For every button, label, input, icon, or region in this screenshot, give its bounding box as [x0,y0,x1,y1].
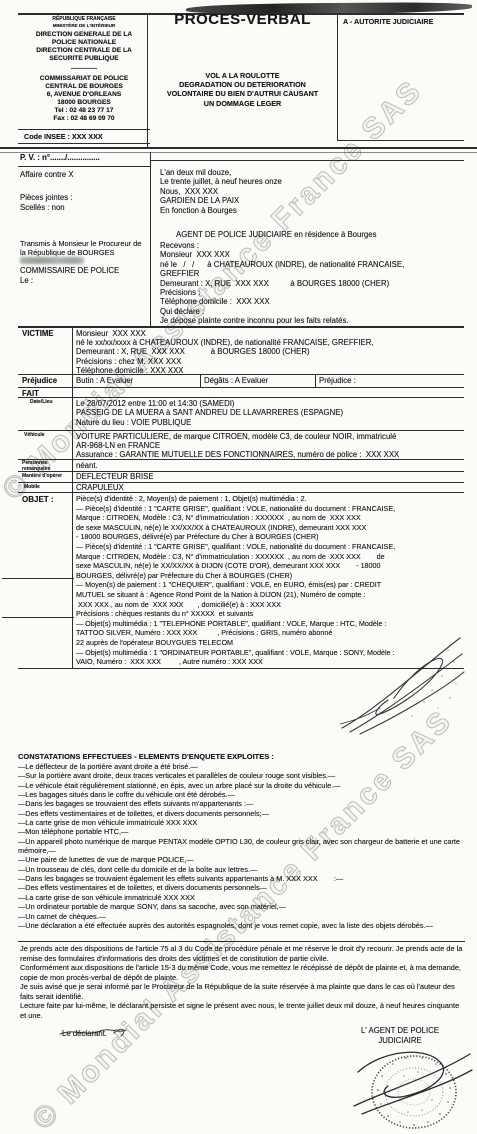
text-line: — Pièce(s) d'identité : 1 "CARTE GRISE",… [76,504,464,514]
text-line: — Moyen(s) de paiement : 1 "CHEQUIER", q… [76,580,464,590]
text-line: de sexe MASCULIN, né(e) le XX/XX/XX à CH… [76,523,464,533]
agent-residence-line: AGENT DE POLICE JUDICIAIRE en résidence … [176,230,377,239]
text-line: —Dans les bagages se trouvaient égalemen… [18,874,466,883]
text-line: Fax : 02 48 69 09 70 [22,115,146,123]
header-divider-dash: ———— [22,64,146,73]
constatations-title: CONSTATATIONS EFFECTUEES - ELEMENTS D'EN… [18,752,274,761]
text-line: —Un carnet de chèques.— [18,912,466,921]
text-line: néant. [76,461,464,470]
text-line: GREFFIER [160,269,462,278]
text-line: —Les bagages situés dans le coffre du vé… [18,790,466,799]
code-insee-top-border [18,129,150,130]
text-line: Lecture faite par lui-même, le déclarant… [20,1001,466,1020]
prejudice-cell: Préjudice : [319,376,356,385]
affaire-contre: Affaire contre X [20,170,74,179]
text-line: UN DOMMAGE LEGER [147,99,338,108]
declaration-lines: Recevons :Monsieur XXX XXXné le / / à CH… [160,241,462,326]
pv-number: P. V. : n°......./............... [20,153,100,162]
text-line: DEFLECTEUR BRISE [76,472,464,481]
text-line: En fonction à Bourges [160,206,460,215]
text-line: Conformément aux dispositions de l'artic… [20,963,466,982]
text-line: Transmis à Monsieur le Procureur de [20,239,148,248]
mobile-lines: CRAPULEUX [76,483,464,492]
text-line: Précisions : chèques restants du n° XXXX… [76,609,464,619]
text-line: VOLONTAIRE DU BIEN D'AUTRUI CAUSANT [147,89,338,98]
text-line: COMMISSARIAT DE POLICE [22,75,146,83]
closing-lines: Je prends acte des dispositions de l'art… [20,944,466,1020]
text-line: —La carte grise de mon véhicule immatric… [18,818,466,827]
scelles: Scellés : non [20,203,65,212]
report-title: PROCES-VERBAL [147,15,338,24]
text-line: Nous, XXX XXX [160,187,460,196]
text-line: L'an deux mil douze, [160,168,460,177]
text-line: Demeurant : X, RUE XXX XXX à BOURGES 180… [160,279,462,288]
vehicule-lines: VOITURE PARTICULIERE, de marque CITROEN,… [76,432,464,460]
victime-lines: Monsieur XXX XXXné le xx/xx/xxxx à CHATE… [76,329,464,376]
prejudice-label: Préjudice [22,376,57,385]
text-line: —Une déclaration a été effectuée auprès … [18,921,466,930]
text-line: —Dans les bagages se trouvaient des effe… [18,799,466,808]
text-line: VOL A LA ROULOTTE [147,71,338,80]
text-line: sexe MASCULIN, né(e) le XX/XX/XX à DIJON… [76,561,464,571]
official-stamp [348,1046,474,1134]
row-border [18,397,464,398]
closing-top-border [18,941,465,942]
text-line: Précisions : chez M. XXX XXX [76,357,464,366]
republique-line: RÉPUBLIQUE FRANÇAISE [22,16,146,22]
text-line: —Des effets vestimentaires et de toilett… [18,883,466,892]
personnes-lines: néant. [76,461,464,470]
authority-label: A - AUTORITE JUDICIAIRE [343,17,433,26]
text-line: DEGRADATION OU DETERIORATION [147,80,338,89]
text-line: Recevons : [160,241,462,250]
text-line: - 18000 BOURGES, délivré(e) par Préfectu… [76,532,464,542]
mobile-label: Mobile [24,485,64,491]
text-line: —Une paire de lunettes de vue de marque … [18,855,466,864]
text-line: Qui déclare : [160,307,462,316]
text-line: Téléphone domicile : XXX XXX [160,297,462,306]
text-line: CRAPULEUX [76,483,464,492]
text-line: né le / / à CHATEAUROUX (INDRE), de nati… [160,260,462,269]
objet-label: OBJET : [22,495,54,504]
text-line: —Un trousseau de clés, dont celle du dom… [18,865,466,874]
declarant-strike-scribble [56,1024,132,1040]
transmis-lines: Transmis à Monsieur le Procureur dela Ré… [20,239,148,257]
text-line: —Le véhicule était régulièrement station… [18,781,466,790]
text-line: POLICE NATIONALE [22,39,146,47]
pieces-jointes: Pièces jointes : [20,193,72,202]
text-line: Marque : CITROEN, Modèle : C3, N° d'imma… [76,513,464,523]
le-label: Le : [20,276,33,285]
pv-band-right-border [150,160,464,161]
intro-lines: L'an deux mil douze,Le trente juillet, à… [160,168,460,215]
butin-cell: Butin : A Evaluer [76,376,133,385]
text-line: GARDIEN DE LA PAIX [160,196,460,205]
direction-lines: DIRECTION GENERALE DE LAPOLICE NATIONALE… [22,31,146,63]
ministere-line: MINISTÈRE DE L'INTÉRIEUR [22,23,146,29]
text-line: Précisions : [160,288,462,297]
text-line: JUDICIAIRE [330,1036,470,1046]
text-line: Le trente juillet, à neuf heures onze [160,177,460,186]
text-line: DIRECTION CENTRALE DE LA [22,47,146,55]
degats-cell: Dégâts : A Evaluer [204,376,268,385]
text-line: 18000 BOURGES [22,99,146,107]
row-border [18,492,464,493]
authority-cell-bottom-border [337,140,464,141]
text-line: DIRECTION GENERALE DE LA [22,31,146,39]
text-line: Marque : CITROEN, Modèle : C3, N° d'imma… [76,552,464,562]
text-line: Le 28/07/2012 entre 11:00 et 14:30 (SAME… [76,399,464,408]
text-line: PASSEIG DE LA MUERA à SANT ANDREU DE LLA… [76,408,464,417]
pv-column-divider [150,152,151,326]
text-line: Monsieur XXX XXX [160,250,462,259]
text-line: Pièce(s) d'identité : 2, Moyen(s) de pai… [76,494,464,504]
agent-signature-block-label: L' AGENT DE POLICEJUDICIAIRE [330,1026,470,1046]
maniere-label: Manière d'opérer [22,474,70,480]
text-line: —Un appareil photo numérique de marque P… [18,837,466,856]
text-line: —Des effets vestimentaires et de toilett… [18,809,466,818]
text-line: 6, AVENUE D'ORLEANS [22,91,146,99]
text-line: Je dépose plainte contre inconnu pour le… [160,316,462,325]
section-separator-thick [0,147,477,149]
text-line: CENTRAL DE BOURGES [22,83,146,91]
redacted-name [20,257,84,264]
pv-number-underline [18,166,150,167]
date-lieu-lines: Le 28/07/2012 entre 11:00 et 14:30 (SAME… [76,399,464,427]
text-line: Je prends acte des dispositions de l'art… [20,944,466,963]
code-insee: Code INSEE : XXX XXX [24,132,103,141]
text-line: XXX XXX , au nom de XXX XXX , domicilié(… [76,600,464,610]
row-border [18,387,464,388]
text-line: Tel : 02 48 23 77 17 [22,107,146,115]
margin-row-border [2,617,74,618]
text-line: AR-968-LN en FRANCE [76,441,464,450]
vehicule-label: Véhicule [24,433,68,439]
commissaire-de-police: COMMISSAIRE DE POLICE [20,266,119,275]
margin-row-border [2,578,74,579]
text-line: — Pièce(s) d'identité : 1 "CARTE GRISE",… [76,542,464,552]
text-line: BOURGES, délivré(e) par Préfecture du Ch… [76,571,464,581]
text-line: —Le déflecteur de la portière avant droi… [18,762,466,771]
maniere-lines: DEFLECTEUR BRISE [76,472,464,481]
police-report-page: © Mondial Assistance France SAS © Mondia… [0,0,477,1134]
text-line: VOITURE PARTICULIERE, de marque CITROEN,… [76,432,464,441]
text-line: L' AGENT DE POLICE [330,1026,470,1036]
constatations-lines: —Le déflecteur de la portière avant droi… [18,762,466,930]
signature-scribble [336,632,470,744]
text-line: —Mon téléphone portable HTC,— [18,827,466,836]
text-line: Nature du lieu : VOIE PUBLIQUE [76,418,464,427]
text-line: —Sur la portière avant droite, deux trac… [18,771,466,780]
text-line: né le xx/xx/xxxx à CHATEAUROUX (INDRE), … [76,338,464,347]
text-line: la République de BOURGES [20,248,148,257]
prejudice-cell-divider [200,374,201,387]
text-line: Je suis avisé que je serai informé par l… [20,982,466,1001]
prejudice-cell-divider [315,374,316,387]
text-line: Monsieur XXX XXX [76,329,464,338]
text-line: — Objet(s) multimédia : 1 "TELEPHONE POR… [76,619,464,629]
row-border [18,374,464,375]
offense-lines: VOL A LA ROULOTTEDEGRADATION OU DETERIOR… [147,71,338,108]
text-line: Demeurant : X, RUE XXX XXX à BOURGES 180… [76,347,464,356]
text-line: SECURITE PUBLIQUE [22,55,146,63]
text-line: —Un ordinateur portable de marque SONY, … [18,902,466,911]
text-line: —La carte grise de son véhicule immatric… [18,893,466,902]
code-insee-bottom-border [18,143,150,144]
commissariat-lines: COMMISSARIAT DE POLICECENTRAL DE BOURGES… [22,75,146,123]
date-lieu-label: Date/Lieu [30,400,70,406]
text-line: MUTUEL se situant à : Agence Rond Point … [76,590,464,600]
victime-label: VICTIME [22,329,54,338]
